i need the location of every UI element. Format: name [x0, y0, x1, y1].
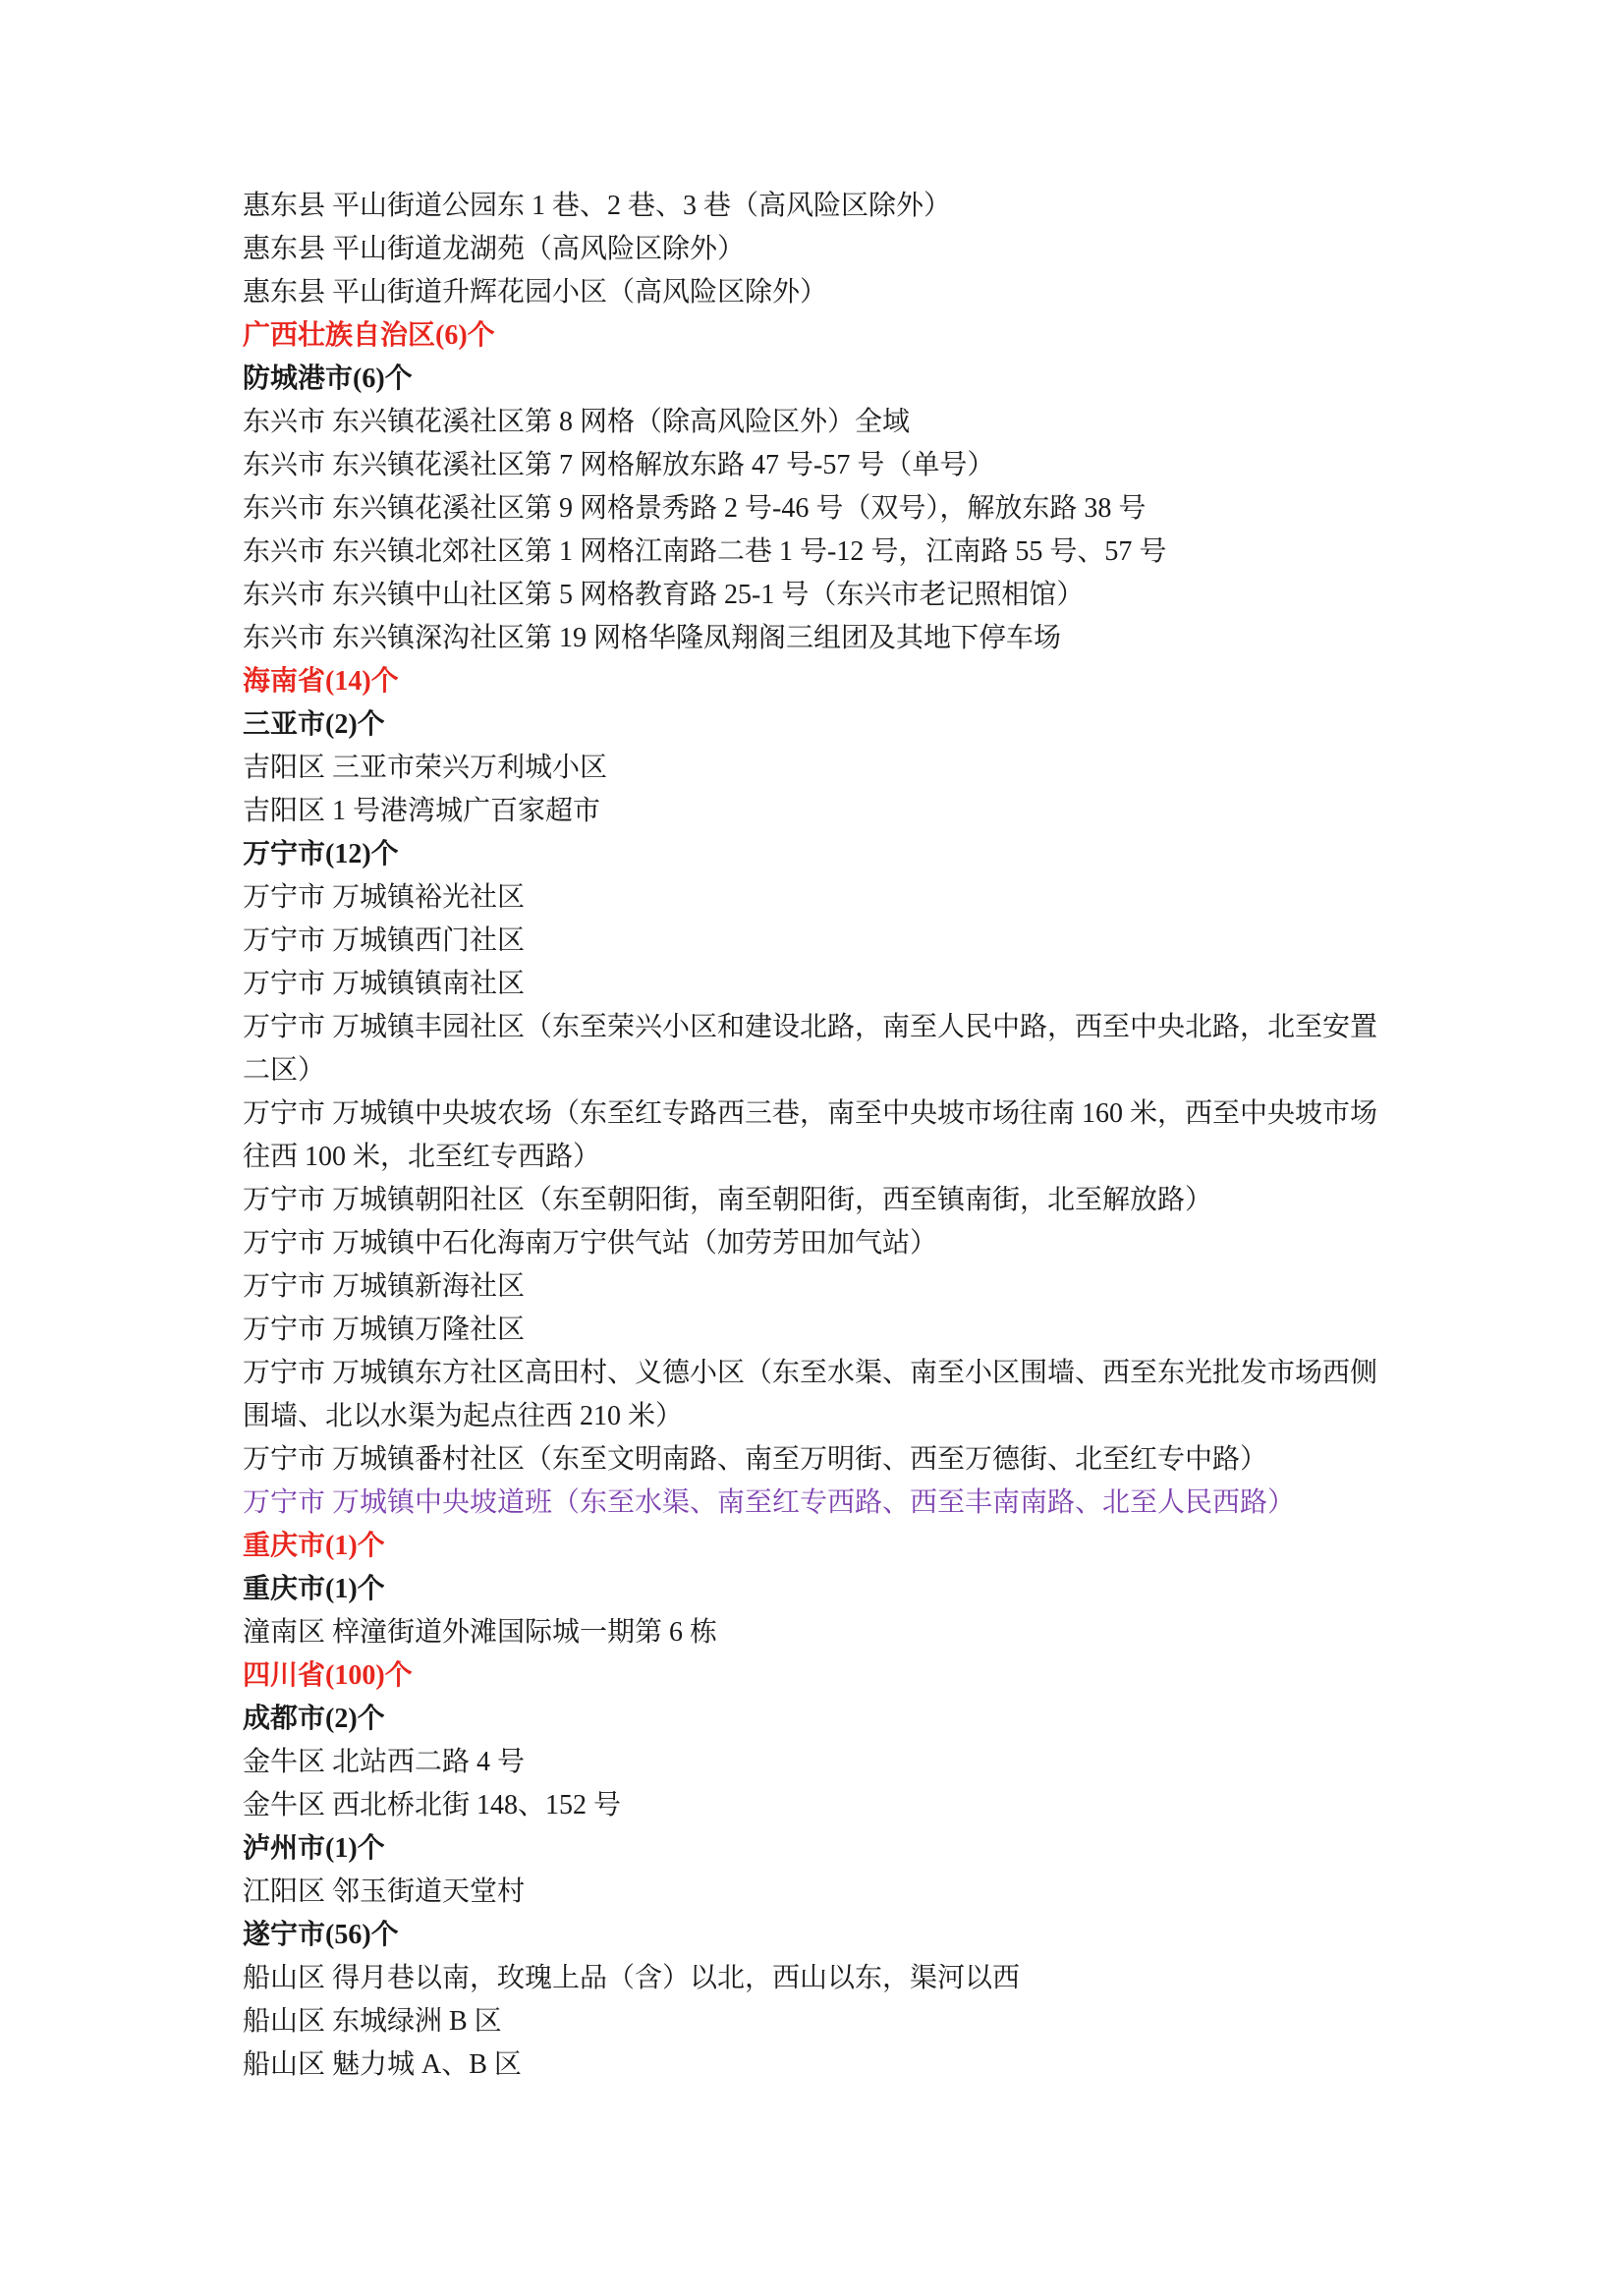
document-line: 东兴市 东兴镇中山社区第 5 网格教育路 25-1 号（东兴市老记照相馆） [243, 574, 1384, 617]
document-line: 吉阳区 三亚市荣兴万利城小区 [243, 747, 1384, 790]
document-line: 万宁市 万城镇中石化海南万宁供气站（加劳芳田加气站） [243, 1222, 1384, 1265]
document-line: 万宁市 万城镇东方社区高田村、义德小区（东至水渠、南至小区围墙、西至东光批发市场… [243, 1352, 1384, 1438]
document-line: 吉阳区 1 号港湾城广百家超市 [243, 790, 1384, 833]
document-line: 惠东县 平山街道升辉花园小区（高风险区除外） [243, 271, 1384, 314]
document-line: 船山区 得月巷以南，玫瑰上品（含）以北，西山以东，渠河以西 [243, 1957, 1384, 2000]
document-line: 金牛区 北站西二路 4 号 [243, 1741, 1384, 1784]
document-line: 惠东县 平山街道公园东 1 巷、2 巷、3 巷（高风险区除外） [243, 185, 1384, 228]
document-line: 万宁市 万城镇番村社区（东至文明南路、南至万明街、西至万德街、北至红专中路） [243, 1438, 1384, 1482]
document-line: 万宁市 万城镇中央坡农场（东至红专路西三巷，南至中央坡市场往南 160 米，西至… [243, 1092, 1384, 1179]
document-line: 东兴市 东兴镇花溪社区第 9 网格景秀路 2 号-46 号（双号），解放东路 3… [243, 487, 1384, 531]
document-line: 江阳区 邻玉街道天堂村 [243, 1871, 1384, 1914]
document-line: 防城港市(6)个 [243, 358, 1384, 401]
document-line: 万宁市 万城镇朝阳社区（东至朝阳街，南至朝阳街，西至镇南街，北至解放路） [243, 1179, 1384, 1222]
document-line: 万宁市 万城镇西门社区 [243, 920, 1384, 963]
document-line: 万宁市 万城镇中央坡道班（东至水渠、南至红专西路、西至丰南南路、北至人民西路） [243, 1482, 1384, 1525]
document-line: 广西壮族自治区(6)个 [243, 314, 1384, 358]
document-line: 泸州市(1)个 [243, 1827, 1384, 1871]
document-line: 东兴市 东兴镇花溪社区第 7 网格解放东路 47 号-57 号（单号） [243, 444, 1384, 487]
document-line: 潼南区 梓潼街道外滩国际城一期第 6 栋 [243, 1611, 1384, 1654]
document-line: 万宁市 万城镇镇南社区 [243, 963, 1384, 1006]
document-line: 万宁市 万城镇丰园社区（东至荣兴小区和建设北路，南至人民中路，西至中央北路，北至… [243, 1006, 1384, 1092]
document-line: 三亚市(2)个 [243, 703, 1384, 747]
document-line: 船山区 魅力城 A、B 区 [243, 2043, 1384, 2087]
document-page: { "page": { "type": "document", "backgro… [0, 0, 1624, 2295]
document-line: 重庆市(1)个 [243, 1525, 1384, 1568]
document-line: 东兴市 东兴镇深沟社区第 19 网格华隆凤翔阁三组团及其地下停车场 [243, 617, 1384, 660]
document-line: 四川省(100)个 [243, 1654, 1384, 1698]
risk-area-list: 惠东县 平山街道公园东 1 巷、2 巷、3 巷（高风险区除外）惠东县 平山街道龙… [243, 185, 1384, 2087]
document-line: 万宁市 万城镇万隆社区 [243, 1309, 1384, 1352]
document-line: 东兴市 东兴镇北郊社区第 1 网格江南路二巷 1 号-12 号，江南路 55 号… [243, 531, 1384, 574]
document-line: 东兴市 东兴镇花溪社区第 8 网格（除高风险区外）全域 [243, 401, 1384, 444]
document-line: 重庆市(1)个 [243, 1568, 1384, 1611]
document-line: 万宁市(12)个 [243, 833, 1384, 876]
document-line: 惠东县 平山街道龙湖苑（高风险区除外） [243, 228, 1384, 271]
document-line: 成都市(2)个 [243, 1698, 1384, 1741]
document-line: 船山区 东城绿洲 B 区 [243, 2000, 1384, 2043]
document-line: 万宁市 万城镇裕光社区 [243, 876, 1384, 920]
document-line: 海南省(14)个 [243, 660, 1384, 703]
document-line: 遂宁市(56)个 [243, 1914, 1384, 1957]
document-line: 万宁市 万城镇新海社区 [243, 1265, 1384, 1309]
document-line: 金牛区 西北桥北街 148、152 号 [243, 1784, 1384, 1827]
